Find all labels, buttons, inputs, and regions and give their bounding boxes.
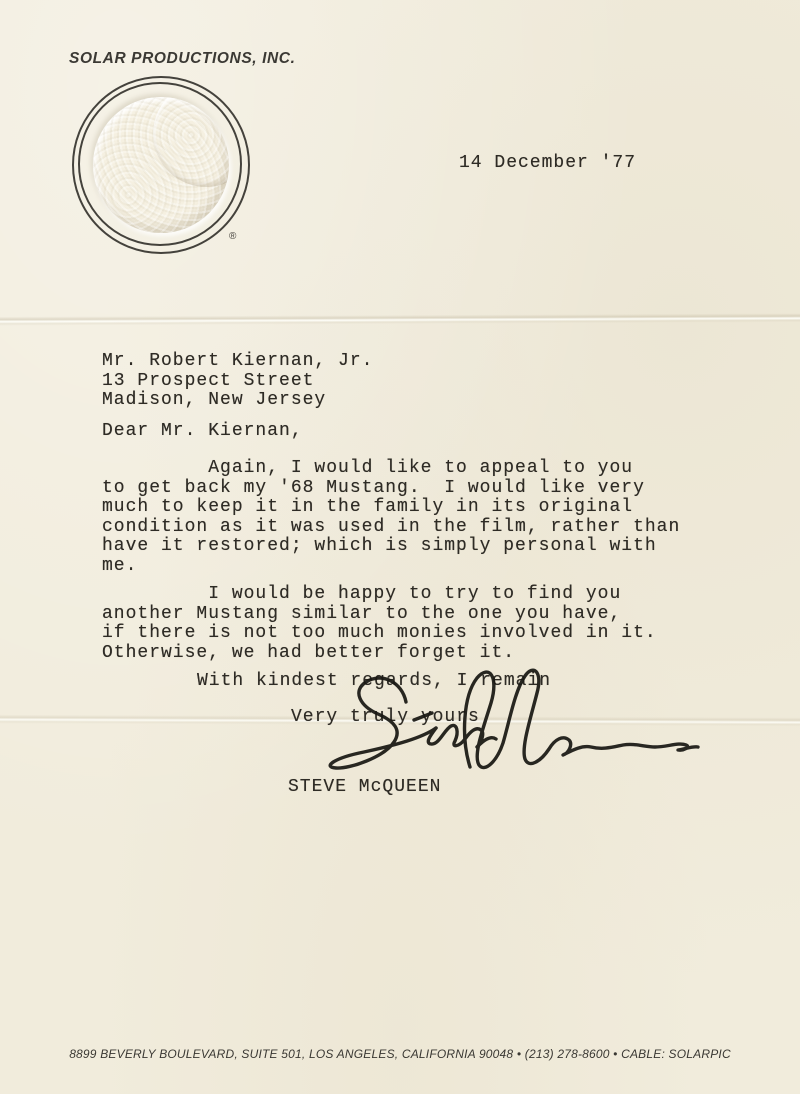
signer-name: STEVE McQUEEN <box>288 778 441 798</box>
company-logo: ® <box>72 76 250 254</box>
registered-trademark-symbol: ® <box>229 231 236 242</box>
footer-address-line: 8899 BEVERLY BOULEVARD, SUITE 501, LOS A… <box>0 1047 800 1061</box>
company-name: SOLAR PRODUCTIONS, INC. <box>69 50 296 68</box>
fold-crease-top <box>0 313 800 326</box>
scanned-letter: { "letterhead": { "company": "SOLAR PROD… <box>0 0 800 1094</box>
recipient-address: Mr. Robert Kiernan, Jr. 13 Prospect Stre… <box>102 352 373 411</box>
logo-emboss-disc-icon <box>93 97 229 233</box>
body-paragraph-2: I would be happy to try to find you anot… <box>102 585 657 663</box>
signature <box>310 666 702 784</box>
signature-ink-icon <box>310 666 702 784</box>
salutation: Dear Mr. Kiernan, <box>102 422 303 442</box>
body-paragraph-1: Again, I would like to appeal to you to … <box>102 459 680 577</box>
letter-date: 14 December '77 <box>459 154 636 174</box>
